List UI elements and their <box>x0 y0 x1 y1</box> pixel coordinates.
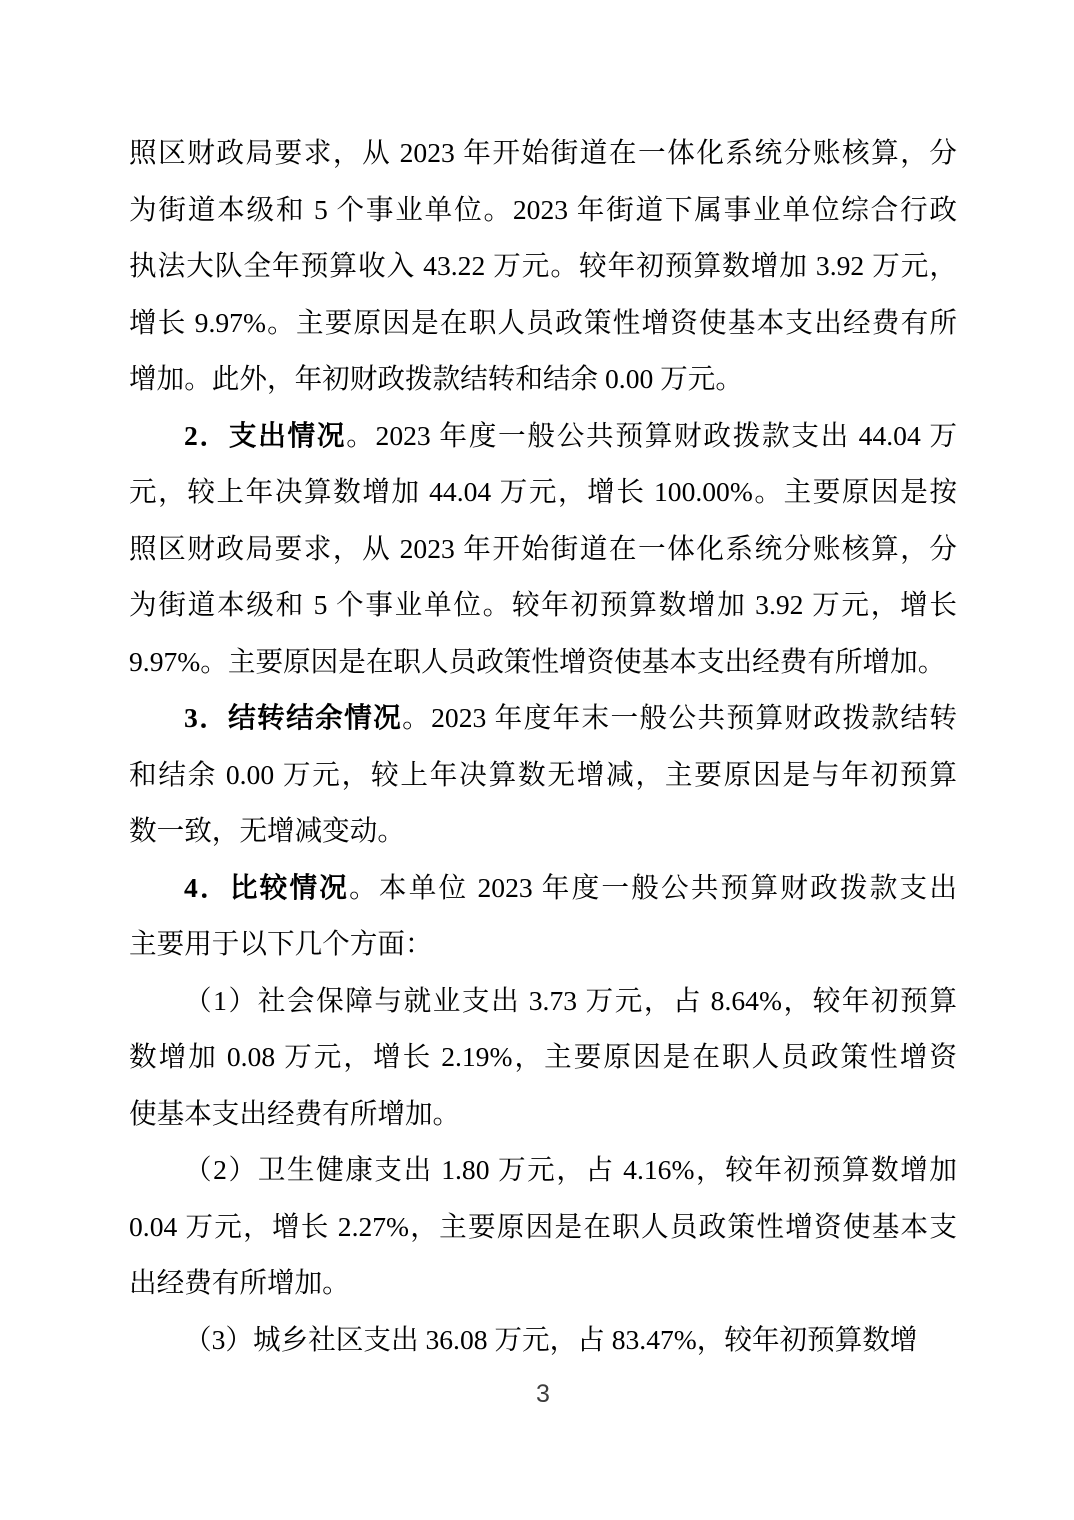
section-heading-carryover: 3．结转结余情况 <box>184 702 402 733</box>
text-line: 为街道本级和 5 个事业单位。较年初预算数增加 3.92 万元，增长 <box>129 577 957 634</box>
line-text: 。2023 年度一般公共预算财政拨款支出 44.04 万 <box>346 420 957 451</box>
text-line: （3）城乡社区支出 36.08 万元，占 83.47%，较年初预算数增 <box>129 1312 957 1369</box>
text-line: （1）社会保障与就业支出 3.73 万元，占 8.64%，较年初预算 <box>129 973 957 1030</box>
page-number: 3 <box>129 1382 957 1407</box>
text-line: （2）卫生健康支出 1.80 万元，占 4.16%，较年初预算数增加 <box>129 1142 957 1199</box>
text-line: 4．比较情况。本单位 2023 年度一般公共预算财政拨款支出 <box>129 860 957 917</box>
text-line: 数一致，无增减变动。 <box>129 803 957 860</box>
text-line: 9.97%。主要原因是在职人员政策性增资使基本支出经费有所增加。 <box>129 634 957 691</box>
text-line: 0.04 万元，增长 2.27%，主要原因是在职人员政策性增资使基本支 <box>129 1199 957 1256</box>
text-line: 使基本支出经费有所增加。 <box>129 1086 957 1143</box>
text-line: 主要用于以下几个方面： <box>129 916 957 973</box>
document-page: 照区财政局要求，从 2023 年开始街道在一体化系统分账核算，分 为街道本级和 … <box>0 0 1074 1520</box>
line-text: 。2023 年度年末一般公共预算财政拨款结转 <box>402 702 957 733</box>
section-heading-comparison: 4．比较情况 <box>184 872 349 903</box>
text-line: 数增加 0.08 万元，增长 2.19%，主要原因是在职人员政策性增资 <box>129 1029 957 1086</box>
text-line: 照区财政局要求，从 2023 年开始街道在一体化系统分账核算，分 <box>129 521 957 578</box>
text-line: 照区财政局要求，从 2023 年开始街道在一体化系统分账核算，分 <box>129 125 957 182</box>
text-line: 执法大队全年预算收入 43.22 万元。较年初预算数增加 3.92 万元， <box>129 238 957 295</box>
line-text: 。本单位 2023 年度一般公共预算财政拨款支出 <box>349 872 957 903</box>
text-line: 元，较上年决算数增加 44.04 万元，增长 100.00%。主要原因是按 <box>129 464 957 521</box>
text-line: 出经费有所增加。 <box>129 1255 957 1312</box>
text-line: 和结余 0.00 万元，较上年决算数无增减，主要原因是与年初预算 <box>129 747 957 804</box>
text-line: 3．结转结余情况。2023 年度年末一般公共预算财政拨款结转 <box>129 690 957 747</box>
text-line: 增加。此外，年初财政拨款结转和结余 0.00 万元。 <box>129 351 957 408</box>
text-line: 为街道本级和 5 个事业单位。2023 年街道下属事业单位综合行政 <box>129 182 957 239</box>
text-line: 增长 9.97%。主要原因是在职人员政策性增资使基本支出经费有所 <box>129 295 957 352</box>
page-body: 照区财政局要求，从 2023 年开始街道在一体化系统分账核算，分 为街道本级和 … <box>129 125 957 1368</box>
text-line: 2．支出情况。2023 年度一般公共预算财政拨款支出 44.04 万 <box>129 408 957 465</box>
section-heading-expenditure: 2．支出情况 <box>184 420 346 451</box>
